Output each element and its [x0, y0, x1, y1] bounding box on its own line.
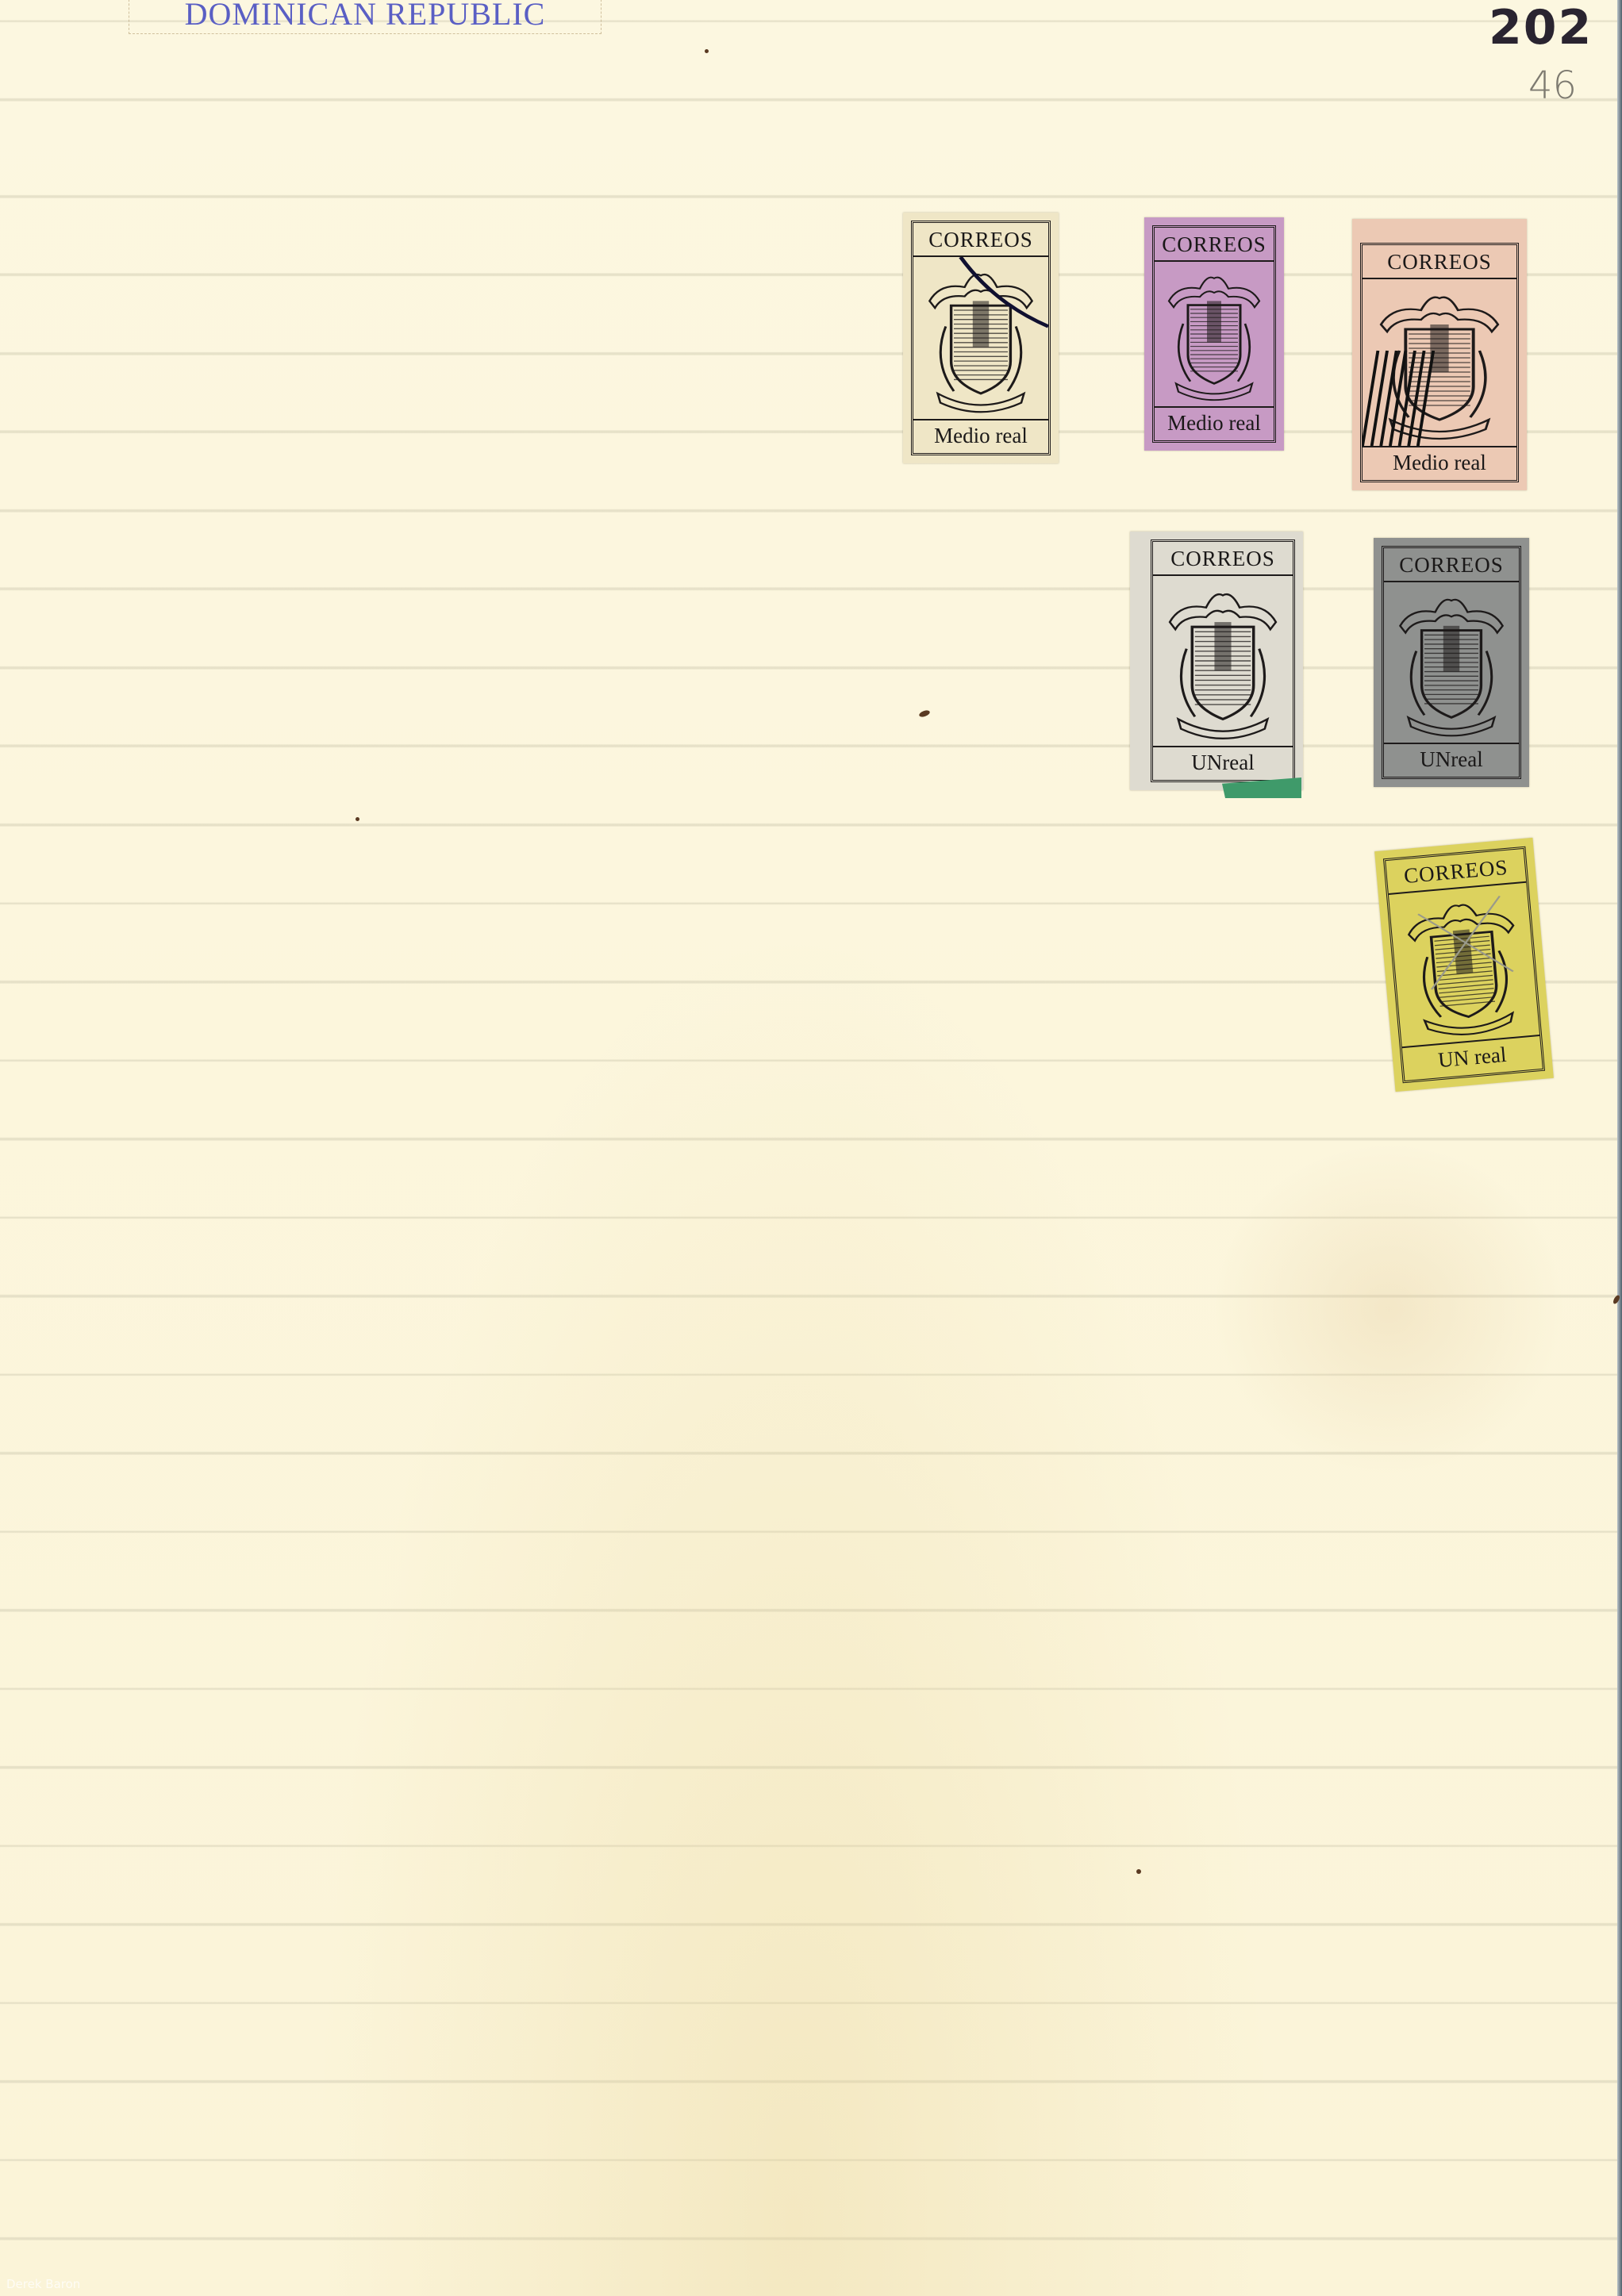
stamp-header: CORREOS — [1155, 228, 1274, 262]
coat-of-arms-icon — [1384, 582, 1519, 743]
stamp[interactable]: CORREOS UNreal — [1130, 532, 1303, 790]
stamp[interactable]: CORREOS Medio real — [1352, 219, 1527, 490]
stamp[interactable]: CORREOS UN real — [1374, 838, 1554, 1092]
coat-of-arms-icon — [1155, 262, 1274, 406]
stamp-value: UNreal — [1384, 743, 1519, 777]
paper-speck — [705, 49, 709, 53]
stamp-value: Medio real — [1155, 406, 1274, 440]
stamp[interactable]: CORREOS UNreal — [1374, 538, 1529, 787]
stamp-header: CORREOS — [1153, 542, 1293, 576]
coat-of-arms-icon — [1389, 883, 1539, 1046]
stamp-value: Medio real — [913, 419, 1048, 453]
stamp-value: UNreal — [1153, 746, 1293, 780]
country-label: DOMINICAN REPUBLIC — [185, 0, 546, 30]
stamp-header: CORREOS — [1363, 245, 1516, 279]
coat-of-arms-icon — [1363, 279, 1516, 446]
stamp-header: CORREOS — [913, 223, 1048, 257]
stamp-header: CORREOS — [1384, 548, 1519, 582]
coat-of-arms-icon — [913, 257, 1048, 419]
country-label-box: DOMINICAN REPUBLIC — [129, 0, 602, 34]
pencil-note: 46 — [1528, 63, 1577, 108]
paper-speck — [356, 817, 359, 821]
watermark: Derek Baron — [6, 2277, 80, 2291]
stamp[interactable]: CORREOS Medio real — [1144, 217, 1284, 451]
paper-speck — [1136, 1869, 1141, 1874]
page-edge — [1617, 0, 1622, 2296]
stamp-value: Medio real — [1363, 446, 1516, 480]
coat-of-arms-icon — [1153, 576, 1293, 746]
page-number: 202 — [1489, 0, 1593, 56]
stamp[interactable]: CORREOS Medio real — [903, 213, 1059, 463]
